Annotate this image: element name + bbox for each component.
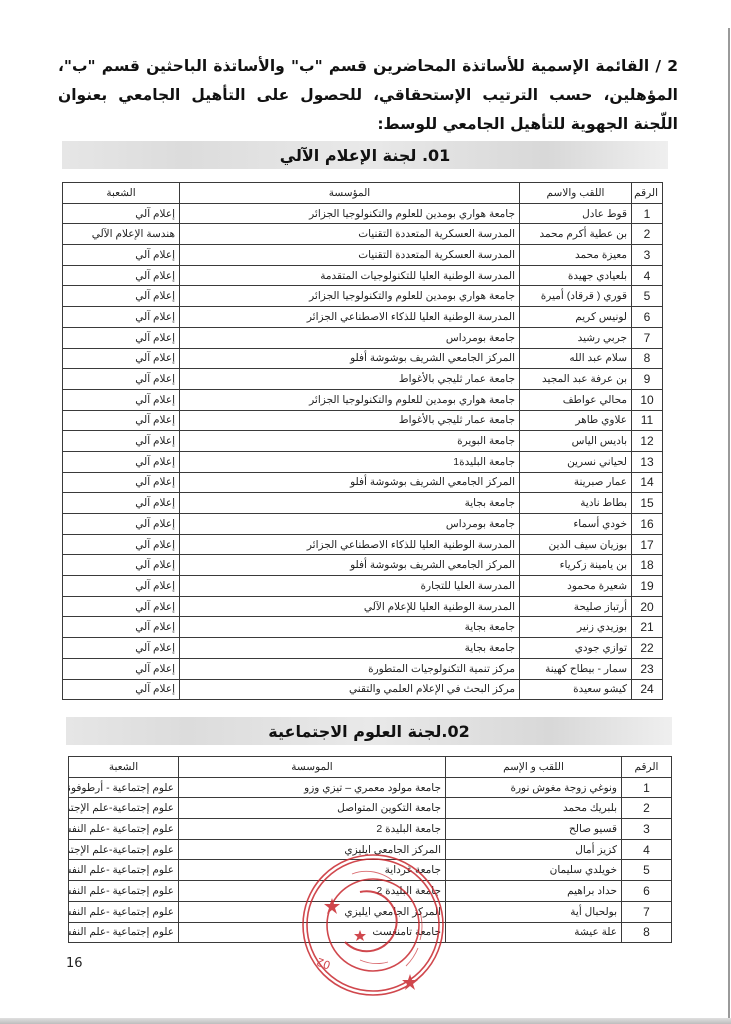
row-institution: جامعة عمار ثليجي بالأغواط (180, 410, 520, 431)
row-branch: علوم إجتماعية - أرطوفونيا (69, 777, 179, 798)
row-number: 13 (632, 451, 663, 472)
row-institution: جامعة بومرداس (180, 327, 520, 348)
row-name: لحياني نسرين (520, 451, 632, 472)
row-name: سلام عبد الله (520, 348, 632, 369)
row-branch: علوم إجتماعية-علم الإجتماع (69, 798, 179, 819)
row-number: 4 (622, 839, 672, 860)
table-row: 3قسيو صالحجامعة البليدة 2علوم إجتماعية -… (69, 819, 672, 840)
row-name: قوط عادل (520, 203, 632, 224)
header-branch: الشعبة (63, 183, 180, 204)
row-branch: علوم إجتماعية -علم النفس (69, 881, 179, 902)
table-row: 10محالي عواطفجامعة هواري بومدين للعلوم و… (63, 389, 663, 410)
table-row: 4كزيز أمالالمركز الجامعي ايليزيعلوم إجتم… (69, 839, 672, 860)
row-number: 10 (632, 389, 663, 410)
row-name: خويلدي سليمان (446, 860, 622, 881)
header-num: الرقم (632, 183, 663, 204)
row-name: شعيرة محمود (520, 576, 632, 597)
row-number: 12 (632, 431, 663, 452)
row-institution: جامعة البليدة 2 (179, 819, 446, 840)
row-number: 7 (622, 901, 672, 922)
row-institution: جامعة مولود معمري – تيزي وزو (179, 777, 446, 798)
row-institution: جامعة البليدة 2 (179, 881, 446, 902)
section-title-band-2: 02.لجنة العلوم الاجتماعية (66, 717, 672, 745)
row-number: 1 (622, 777, 672, 798)
row-number: 21 (632, 617, 663, 638)
row-institution: المركز الجامعي ايليزي (179, 901, 446, 922)
header-institution: المؤسسة (180, 183, 520, 204)
row-institution: جامعة عمار ثليجي بالأغواط (180, 369, 520, 390)
row-institution: المدرسة الوطنية العليا للذكاء الاصطناعي … (180, 307, 520, 328)
row-name: كيشو سعيدة (520, 679, 632, 700)
row-number: 2 (622, 798, 672, 819)
row-name: قوري ( قرقاد) أميرة (520, 286, 632, 307)
row-branch: إعلام آلي (63, 431, 180, 452)
row-name: أرتباز صليحة (520, 596, 632, 617)
scan-edge-bottom (0, 1018, 731, 1024)
row-number: 7 (632, 327, 663, 348)
row-institution: جامعة هواري بومدين للعلوم والتكنولوجيا ا… (180, 203, 520, 224)
row-branch: إعلام آلي (63, 493, 180, 514)
table-header-row: الرقم اللقب و الإسم الموسسة الشعبة (69, 757, 672, 778)
table-row: 9بن عرفة عبد المجيدجامعة عمار ثليجي بالأ… (63, 369, 663, 390)
row-branch: إعلام آلي (63, 327, 180, 348)
table-row: 6حداد براهيمجامعة البليدة 2علوم إجتماعية… (69, 881, 672, 902)
row-number: 6 (622, 881, 672, 902)
section-title-band-1: 01. لجنة الإعلام الآلي (62, 141, 668, 169)
row-name: بولحبال أية (446, 901, 622, 922)
row-institution: المدرسة الوطنية العليا للذكاء الاصطناعي … (180, 534, 520, 555)
row-number: 6 (632, 307, 663, 328)
row-name: محالي عواطف (520, 389, 632, 410)
row-number: 24 (632, 679, 663, 700)
row-institution: مركز البحث في الإعلام العلمي والتقني (180, 679, 520, 700)
row-number: 22 (632, 638, 663, 659)
row-number: 18 (632, 555, 663, 576)
row-branch: علوم إجتماعية -علم النفس (69, 819, 179, 840)
row-number: 15 (632, 493, 663, 514)
table-row: 21بوزيدي زنيرجامعة بجايةإعلام آلي (63, 617, 663, 638)
row-number: 3 (632, 245, 663, 266)
row-institution: المركز الجامعي الشريف بوشوشة أفلو (180, 555, 520, 576)
row-institution: جامعة بومرداس (180, 514, 520, 535)
table-row: 14عمار صبرينةالمركز الجامعي الشريف بوشوش… (63, 472, 663, 493)
row-branch: إعلام آلي (63, 245, 180, 266)
row-name: ونوغي زوجة مغوش نورة (446, 777, 622, 798)
row-name: كزيز أمال (446, 839, 622, 860)
table-row: 5قوري ( قرقاد) أميرةجامعة هواري بومدين ل… (63, 286, 663, 307)
row-name: معيزة محمد (520, 245, 632, 266)
row-number: 8 (622, 922, 672, 943)
row-number: 8 (632, 348, 663, 369)
row-institution: جامعة هواري بومدين للعلوم والتكنولوجيا ا… (180, 286, 520, 307)
row-name: باديس الياس (520, 431, 632, 452)
table-row: 8سلام عبد اللهالمركز الجامعي الشريف بوشو… (63, 348, 663, 369)
header-branch: الشعبة (69, 757, 179, 778)
table-row: 5خويلدي سليمانجامعة غردايةعلوم إجتماعية … (69, 860, 672, 881)
table-row: 2بن عطية أكرم محمدالمدرسة العسكرية المتع… (63, 224, 663, 245)
section-title-1: 01. لجنة الإعلام الآلي (280, 146, 451, 165)
row-branch: هندسة الإعلام الآلي (63, 224, 180, 245)
intro-paragraph: 2 / القائمة الإسمية للأساتذة المحاضرين ق… (58, 52, 678, 139)
row-institution: المدرسة العسكرية المتعددة التقنيات (180, 224, 520, 245)
row-institution: مركز تنمية التكنولوجيات المتطورة (180, 658, 520, 679)
row-name: توازي جودي (520, 638, 632, 659)
table-row: 7جربي رشيدجامعة بومرداسإعلام آلي (63, 327, 663, 348)
row-name: علاوي طاهر (520, 410, 632, 431)
row-number: 4 (632, 265, 663, 286)
row-institution: المركز الجامعي ايليزي (179, 839, 446, 860)
row-institution: المدرسة الوطنية العليا للإعلام الآلي (180, 596, 520, 617)
row-number: 14 (632, 472, 663, 493)
table-row: 11علاوي طاهرجامعة عمار ثليجي بالأغواطإعل… (63, 410, 663, 431)
table-header-row: الرقم اللقب والاسم المؤسسة الشعبة (63, 183, 663, 204)
header-institution: الموسسة (179, 757, 446, 778)
row-branch: علوم إجتماعية -علم النفس (69, 922, 179, 943)
row-name: سمار - بيطاح كهينة (520, 658, 632, 679)
row-number: 11 (632, 410, 663, 431)
row-number: 9 (632, 369, 663, 390)
row-number: 19 (632, 576, 663, 597)
table-row: 6لونيس كريمالمدرسة الوطنية العليا للذكاء… (63, 307, 663, 328)
row-branch: إعلام آلي (63, 307, 180, 328)
row-branch: إعلام آلي (63, 576, 180, 597)
row-branch: إعلام آلي (63, 369, 180, 390)
row-name: خودي أسماء (520, 514, 632, 535)
row-institution: جامعة تامنغست (179, 922, 446, 943)
row-institution: جامعة بجاية (180, 638, 520, 659)
svg-text:02: 02 (315, 955, 333, 972)
table-social-sciences: الرقم اللقب و الإسم الموسسة الشعبة 1ونوغ… (68, 756, 672, 943)
table-row: 16خودي أسماءجامعة بومرداسإعلام آلي (63, 514, 663, 535)
table-row: 3معيزة محمدالمدرسة العسكرية المتعددة الت… (63, 245, 663, 266)
row-branch: علوم إجتماعية-علم الإجتماع (69, 839, 179, 860)
row-name: علة عيشة (446, 922, 622, 943)
row-number: 5 (622, 860, 672, 881)
table-row: 15بطاط ناديةجامعة بجايةإعلام آلي (63, 493, 663, 514)
row-branch: إعلام آلي (63, 617, 180, 638)
table-row: 13لحياني نسرينجامعة البليدة1إعلام آلي (63, 451, 663, 472)
table-row: 1ونوغي زوجة مغوش نورةجامعة مولود معمري –… (69, 777, 672, 798)
row-branch: إعلام آلي (63, 265, 180, 286)
section-title-2: 02.لجنة العلوم الاجتماعية (268, 722, 469, 741)
row-institution: المدرسة الوطنية العليا للتكنولوجيات المت… (180, 265, 520, 286)
row-name: بوزيان سيف الدين (520, 534, 632, 555)
row-institution: جامعة البويرة (180, 431, 520, 452)
row-branch: إعلام آلي (63, 638, 180, 659)
row-name: بن عرفة عبد المجيد (520, 369, 632, 390)
scan-edge-right (728, 28, 730, 1024)
row-name: بن يامينة زكرياء (520, 555, 632, 576)
table-row: 8علة عيشةجامعة تامنغستعلوم إجتماعية -علم… (69, 922, 672, 943)
row-name: بطاط نادية (520, 493, 632, 514)
row-branch: إعلام آلي (63, 389, 180, 410)
row-institution: جامعة بجاية (180, 493, 520, 514)
row-name: جربي رشيد (520, 327, 632, 348)
row-branch: إعلام آلي (63, 410, 180, 431)
row-number: 5 (632, 286, 663, 307)
row-institution: المركز الجامعي الشريف بوشوشة أفلو (180, 472, 520, 493)
row-branch: إعلام آلي (63, 472, 180, 493)
row-branch: إعلام آلي (63, 203, 180, 224)
table-row: 22توازي جوديجامعة بجايةإعلام آلي (63, 638, 663, 659)
row-branch: إعلام آلي (63, 658, 180, 679)
row-branch: إعلام آلي (63, 534, 180, 555)
header-num: الرقم (622, 757, 672, 778)
row-number: 2 (632, 224, 663, 245)
table-row: 7بولحبال أيةالمركز الجامعي ايليزيعلوم إج… (69, 901, 672, 922)
row-name: لونيس كريم (520, 307, 632, 328)
row-branch: إعلام آلي (63, 451, 180, 472)
table-row: 18بن يامينة زكرياءالمركز الجامعي الشريف … (63, 555, 663, 576)
row-name: بلبريك محمد (446, 798, 622, 819)
row-institution: المركز الجامعي الشريف بوشوشة أفلو (180, 348, 520, 369)
row-number: 23 (632, 658, 663, 679)
page-number: 16 (66, 956, 83, 971)
row-institution: جامعة بجاية (180, 617, 520, 638)
row-institution: المدرسة العسكرية المتعددة التقنيات (180, 245, 520, 266)
row-branch: إعلام آلي (63, 348, 180, 369)
row-branch: إعلام آلي (63, 596, 180, 617)
row-branch: إعلام آلي (63, 514, 180, 535)
header-name: اللقب والاسم (520, 183, 632, 204)
table-row: 1قوط عادلجامعة هواري بومدين للعلوم والتك… (63, 203, 663, 224)
row-name: حداد براهيم (446, 881, 622, 902)
row-name: بن عطية أكرم محمد (520, 224, 632, 245)
row-institution: جامعة التكوين المتواصل (179, 798, 446, 819)
row-institution: جامعة هواري بومدين للعلوم والتكنولوجيا ا… (180, 389, 520, 410)
row-name: عمار صبرينة (520, 472, 632, 493)
row-number: 20 (632, 596, 663, 617)
table-row: 2بلبريك محمدجامعة التكوين المتواصلعلوم إ… (69, 798, 672, 819)
table-row: 23سمار - بيطاح كهينةمركز تنمية التكنولوج… (63, 658, 663, 679)
row-branch: علوم إجتماعية -علم النفس (69, 860, 179, 881)
row-name: بلعيادي جهيدة (520, 265, 632, 286)
row-number: 1 (632, 203, 663, 224)
row-branch: علوم إجتماعية -علم النفس (69, 901, 179, 922)
table-row: 17بوزيان سيف الدينالمدرسة الوطنية العليا… (63, 534, 663, 555)
row-number: 3 (622, 819, 672, 840)
table-row: 4بلعيادي جهيدةالمدرسة الوطنية العليا للت… (63, 265, 663, 286)
table-row: 24كيشو سعيدةمركز البحث في الإعلام العلمي… (63, 679, 663, 700)
row-name: قسيو صالح (446, 819, 622, 840)
table-row: 12باديس الياسجامعة البويرةإعلام آلي (63, 431, 663, 452)
table-row: 19شعيرة محمودالمدرسة العليا للتجارةإعلام… (63, 576, 663, 597)
row-branch: إعلام آلي (63, 679, 180, 700)
table-computer-science: الرقم اللقب والاسم المؤسسة الشعبة 1قوط ع… (62, 182, 663, 700)
row-institution: جامعة غرداية (179, 860, 446, 881)
row-number: 16 (632, 514, 663, 535)
table-row: 20أرتباز صليحةالمدرسة الوطنية العليا للإ… (63, 596, 663, 617)
row-institution: المدرسة العليا للتجارة (180, 576, 520, 597)
row-institution: جامعة البليدة1 (180, 451, 520, 472)
row-name: بوزيدي زنير (520, 617, 632, 638)
row-number: 17 (632, 534, 663, 555)
row-branch: إعلام آلي (63, 555, 180, 576)
row-branch: إعلام آلي (63, 286, 180, 307)
header-name: اللقب و الإسم (446, 757, 622, 778)
